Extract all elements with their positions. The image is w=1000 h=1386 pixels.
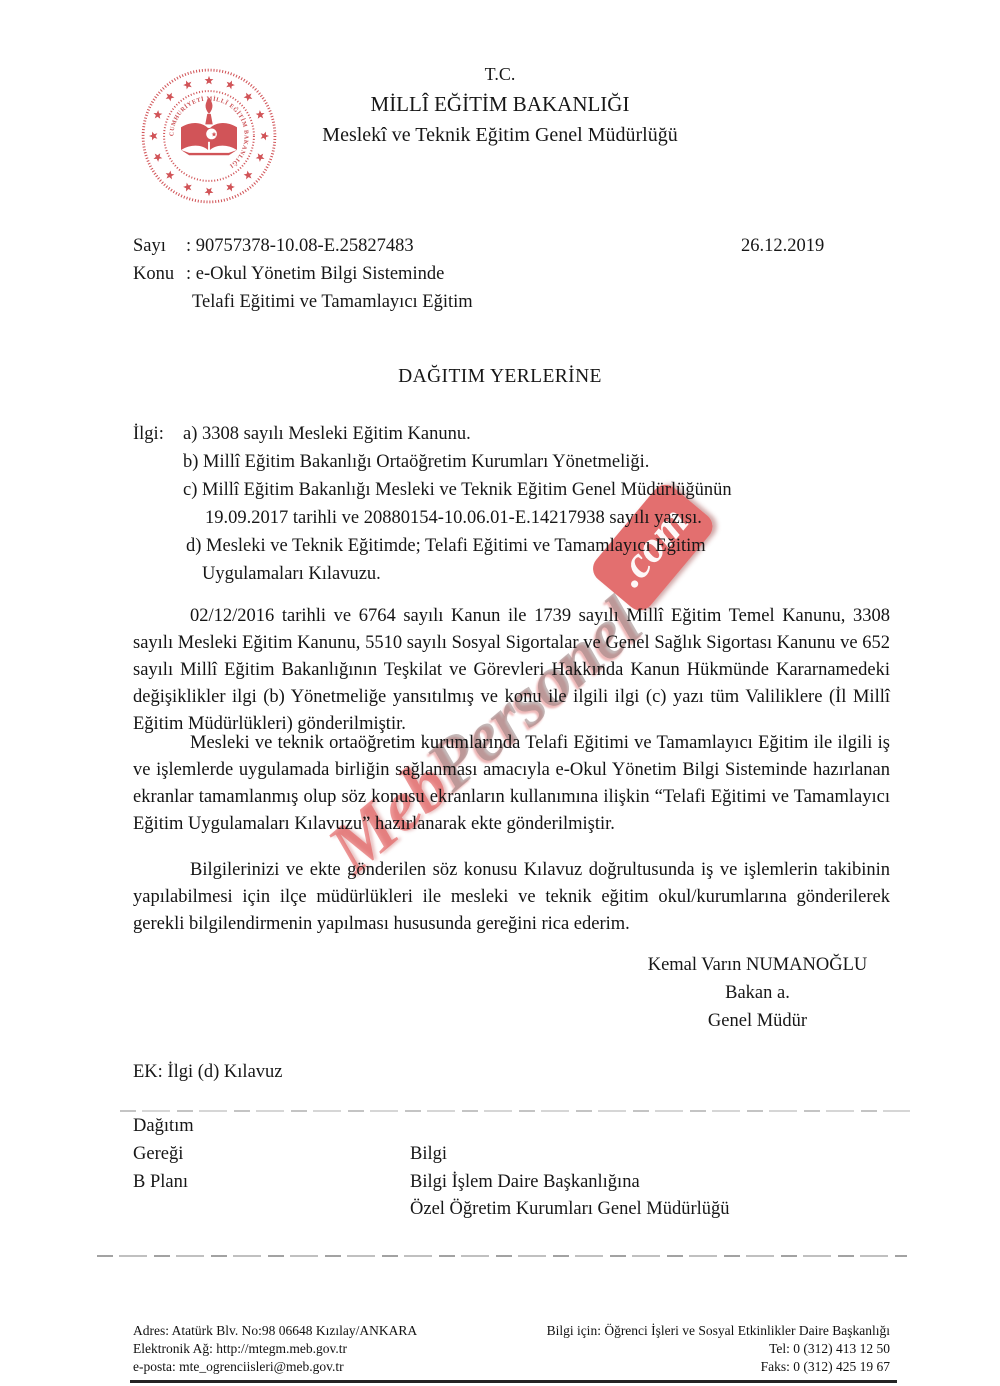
ilgi-label: İlgi: bbox=[133, 424, 164, 445]
attachment-note: EK: İlgi (d) Kılavuz bbox=[133, 1062, 283, 1083]
scan-line-upper bbox=[120, 1110, 910, 1112]
ilgi-line-c: c) Millî Eğitim Bakanlığı Mesleki ve Tek… bbox=[183, 480, 732, 501]
signature-title-2: Genel Müdür bbox=[600, 1007, 915, 1035]
konu-label: Konu bbox=[133, 264, 186, 285]
dagitim-right-bidb: Bilgi İşlem Daire Başkanlığına bbox=[410, 1172, 640, 1193]
dagitim-right-ookgm: Özel Öğretim Kurumları Genel Müdürlüğü bbox=[410, 1199, 730, 1220]
footer-address: Adres: Atatürk Blv. No:98 06648 Kızılay/… bbox=[133, 1323, 417, 1339]
konu-row: Konu: e-Okul Yönetim Bilgi Sisteminde bbox=[133, 264, 444, 285]
footer-web: Elektronik Ağ: http://mtegm.meb.gov.tr bbox=[133, 1341, 347, 1357]
signature-block: Kemal Varın NUMANOĞLU Bakan a. Genel Müd… bbox=[600, 951, 915, 1035]
letter-date: 26.12.2019 bbox=[741, 236, 824, 257]
sayi-label: Sayı bbox=[133, 236, 186, 257]
body-paragraph-1: 02/12/2016 tarihli ve 6764 sayılı Kanun … bbox=[133, 603, 890, 738]
sayi-row: Sayı: 90757378-10.08-E.25827483 bbox=[133, 236, 414, 257]
footer-rule bbox=[130, 1380, 897, 1383]
distribution-heading: DAĞITIM YERLERİNE bbox=[0, 366, 1000, 388]
footer-email: e-posta: mte_ogrenciisleri@meb.gov.tr bbox=[133, 1359, 344, 1375]
konu-value: : e-Okul Yönetim Bilgi Sisteminde bbox=[186, 264, 444, 284]
body-paragraph-3: Bilgilerinizi ve ekte gönderilen söz kon… bbox=[133, 857, 890, 938]
document-page: MebPersonel.com bbox=[0, 0, 1000, 1386]
header-ministry-title: MİLLÎ EĞİTİM BAKANLIĞI bbox=[0, 92, 1000, 117]
dagitim-left-bplani: B Planı bbox=[133, 1172, 188, 1193]
signature-title-1: Bakan a. bbox=[600, 979, 915, 1007]
dagitim-left-geregi: Gereği bbox=[133, 1144, 183, 1165]
footer-fax: Faks: 0 (312) 425 19 67 bbox=[390, 1359, 890, 1375]
ilgi-line-b: b) Millî Eğitim Bakanlığı Ortaöğretim Ku… bbox=[183, 452, 649, 473]
ilgi-line-d: d) Mesleki ve Teknik Eğitimde; Telafi Eğ… bbox=[186, 536, 706, 557]
header-directorate-title: Meslekî ve Teknik Eğitim Genel Müdürlüğü bbox=[0, 124, 1000, 147]
footer-tel: Tel: 0 (312) 413 12 50 bbox=[390, 1341, 890, 1357]
signature-name: Kemal Varın NUMANOĞLU bbox=[600, 951, 915, 979]
dagitim-right-bilgi: Bilgi bbox=[410, 1144, 447, 1165]
ilgi-line-c2: 19.09.2017 tarihli ve 20880154-10.06.01-… bbox=[205, 508, 702, 529]
header-tc: T.C. bbox=[0, 64, 1000, 85]
dagitim-title: Dağıtım bbox=[133, 1116, 194, 1137]
footer-info: Bilgi için: Öğrenci İşleri ve Sosyal Etk… bbox=[390, 1323, 890, 1339]
body-paragraph-2: Mesleki ve teknik ortaöğretim kurumların… bbox=[133, 730, 890, 838]
ilgi-line-d2: Uygulamaları Kılavuzu. bbox=[202, 564, 381, 585]
konu-value-line2: Telafi Eğitimi ve Tamamlayıcı Eğitim bbox=[192, 292, 473, 313]
ilgi-line-a: a) 3308 sayılı Mesleki Eğitim Kanunu. bbox=[183, 424, 471, 445]
sayi-value: : 90757378-10.08-E.25827483 bbox=[186, 236, 414, 256]
scan-line-lower bbox=[97, 1255, 907, 1257]
